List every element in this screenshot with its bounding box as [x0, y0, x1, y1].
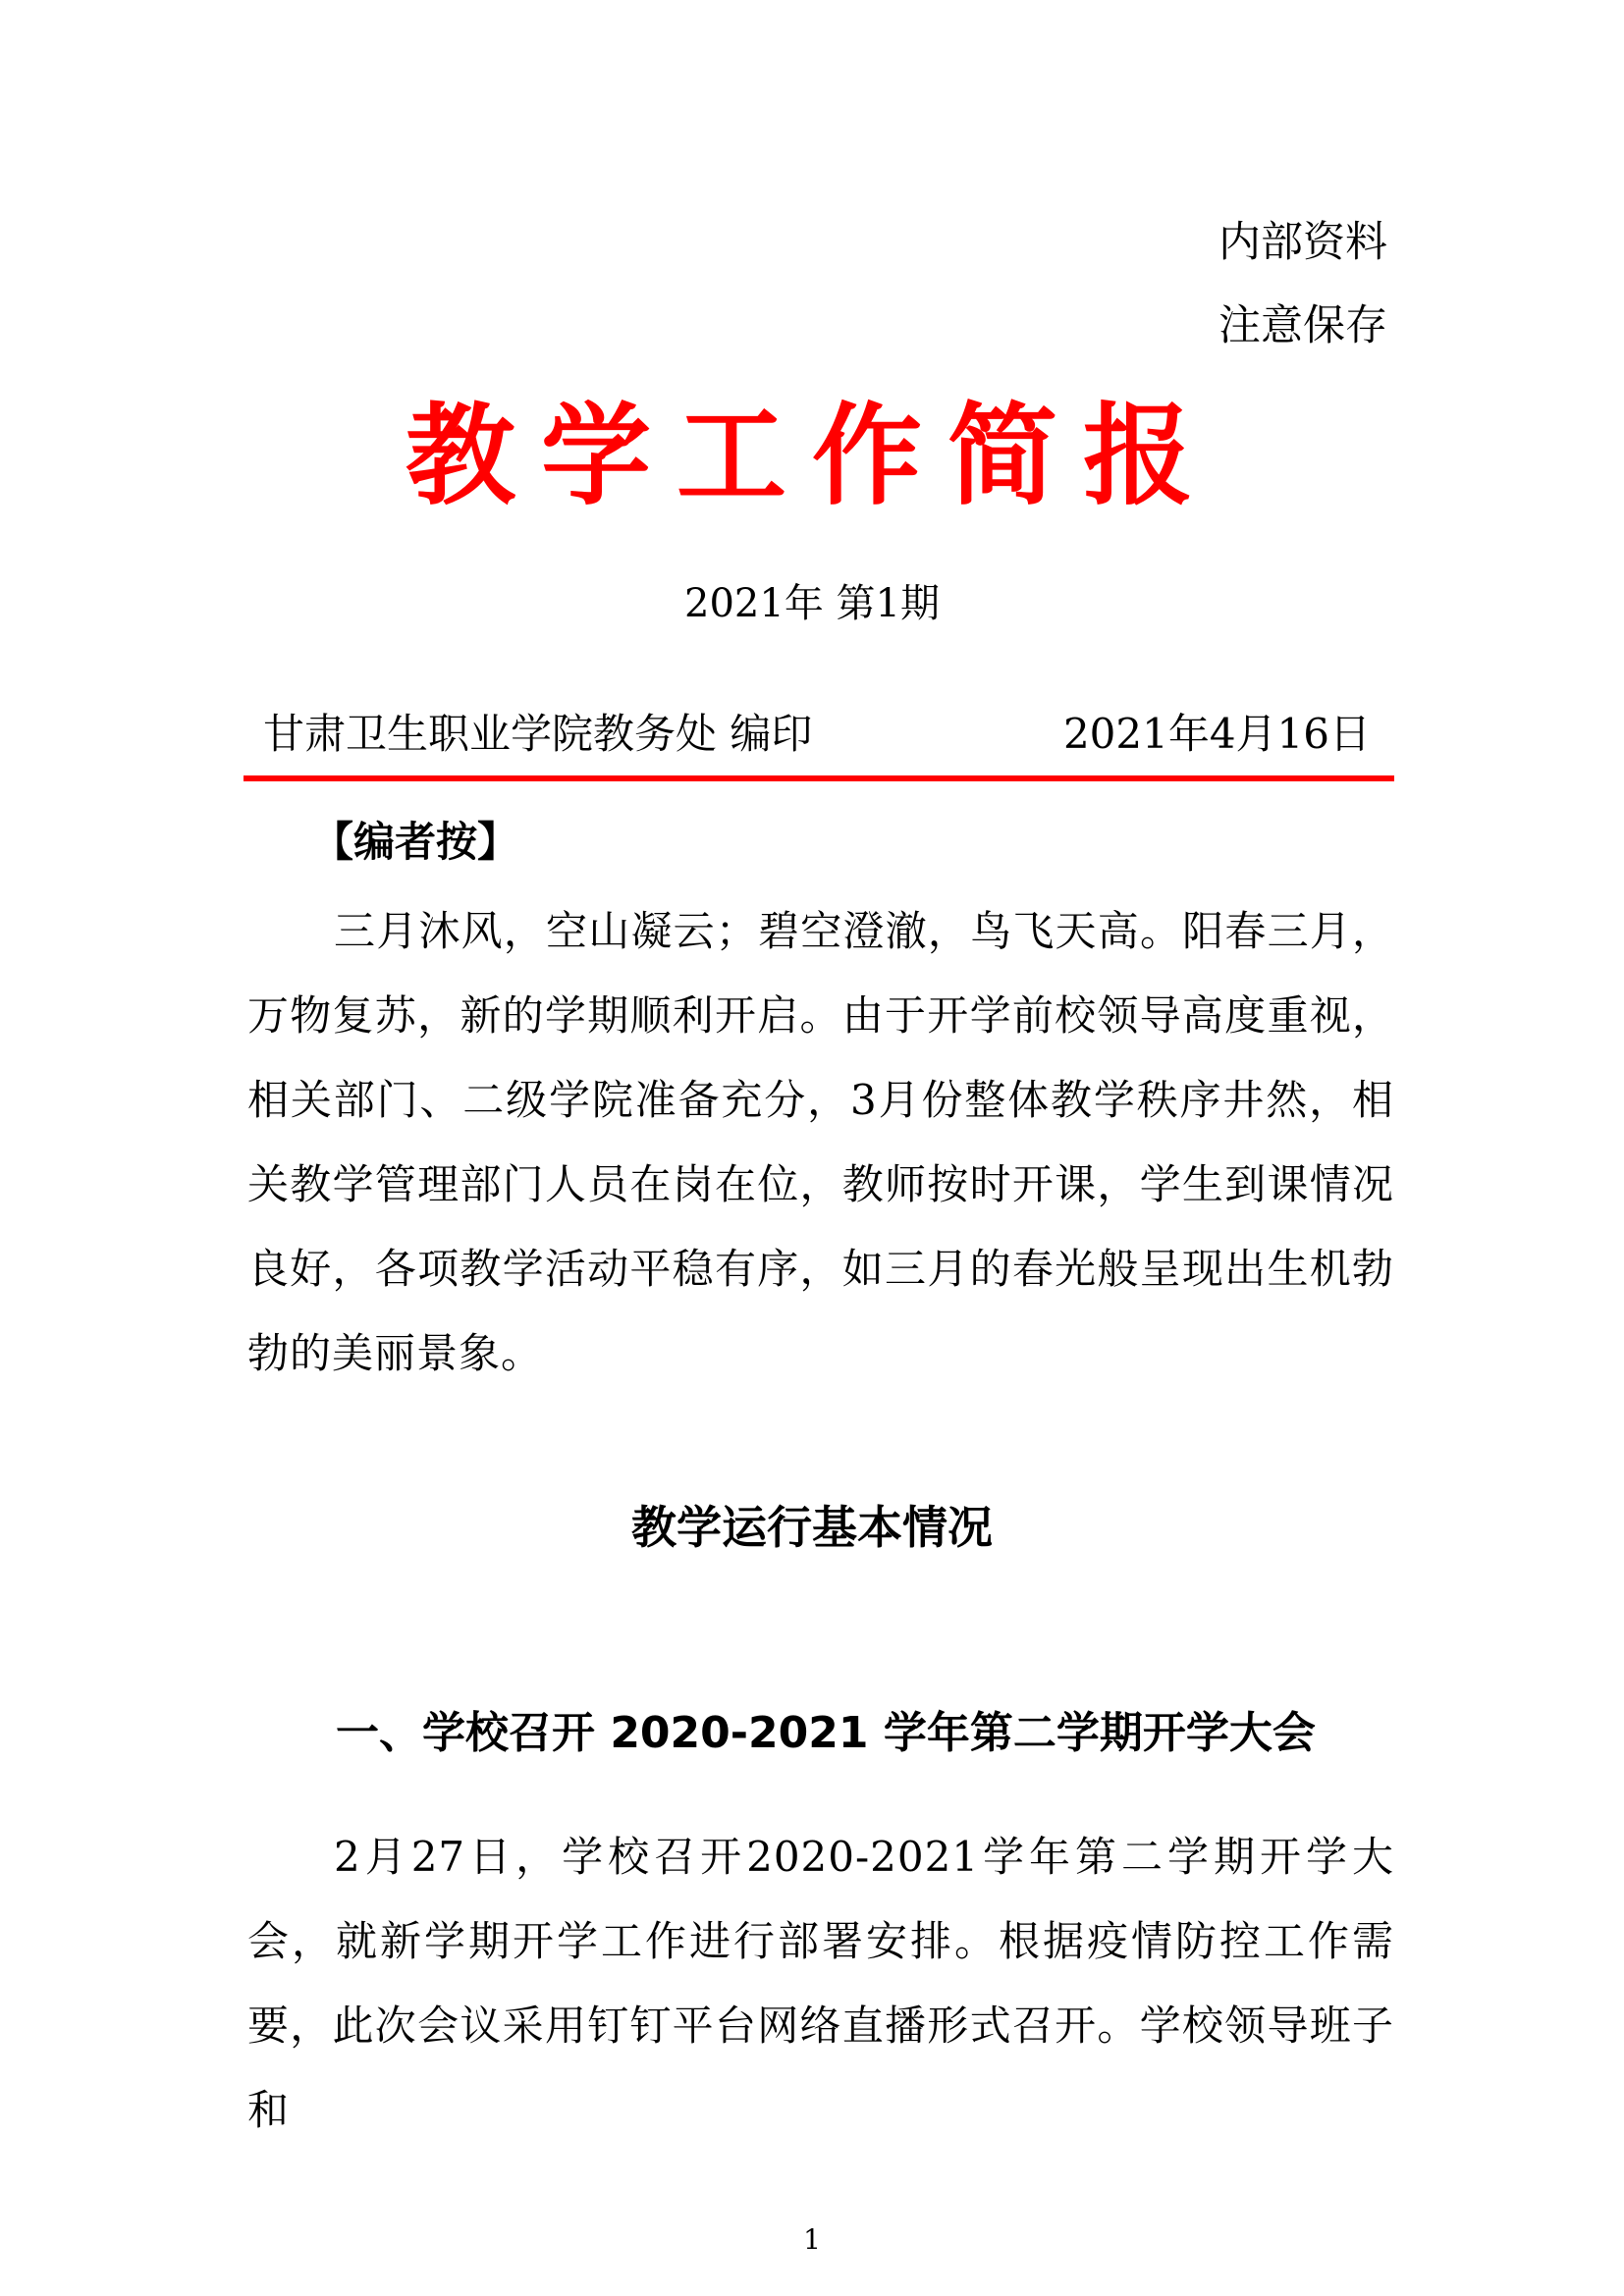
- publish-date: 2021年4月16日: [1063, 710, 1371, 759]
- classification-label: 内部资料: [1218, 218, 1387, 267]
- issue-number: 2021年 第1期: [0, 579, 1624, 628]
- publisher: 甘肃卫生职业学院教务处 编印: [263, 710, 812, 759]
- item-paragraph: 2月27日，学校召开2020-2021学年第二学期开学大会，就新学期开学工作进行…: [247, 1815, 1394, 2153]
- newsletter-title: 教学工作简报: [0, 393, 1624, 520]
- section-title: 教学运行基本情况: [0, 1500, 1624, 1555]
- preservation-notice: 注意保存: [1218, 301, 1387, 350]
- editor-note-heading: 【编者按】: [312, 817, 518, 868]
- item-text: 2月27日，学校召开2020-2021学年第二学期开学大会，就新学期开学工作进行…: [247, 1815, 1394, 2153]
- page-number: 1: [0, 2224, 1624, 2256]
- editor-note-text: 三月沐风，空山凝云；碧空澄澈，鸟飞天高。阳春三月，万物复苏，新的学期顺利开启。由…: [247, 889, 1394, 1396]
- masthead-divider: [244, 775, 1394, 781]
- item-heading: 一、学校召开 2020-2021 学年第二学期开学大会: [336, 1706, 1316, 1761]
- editor-note-paragraph: 三月沐风，空山凝云；碧空澄澈，鸟飞天高。阳春三月，万物复苏，新的学期顺利开启。由…: [247, 889, 1394, 1396]
